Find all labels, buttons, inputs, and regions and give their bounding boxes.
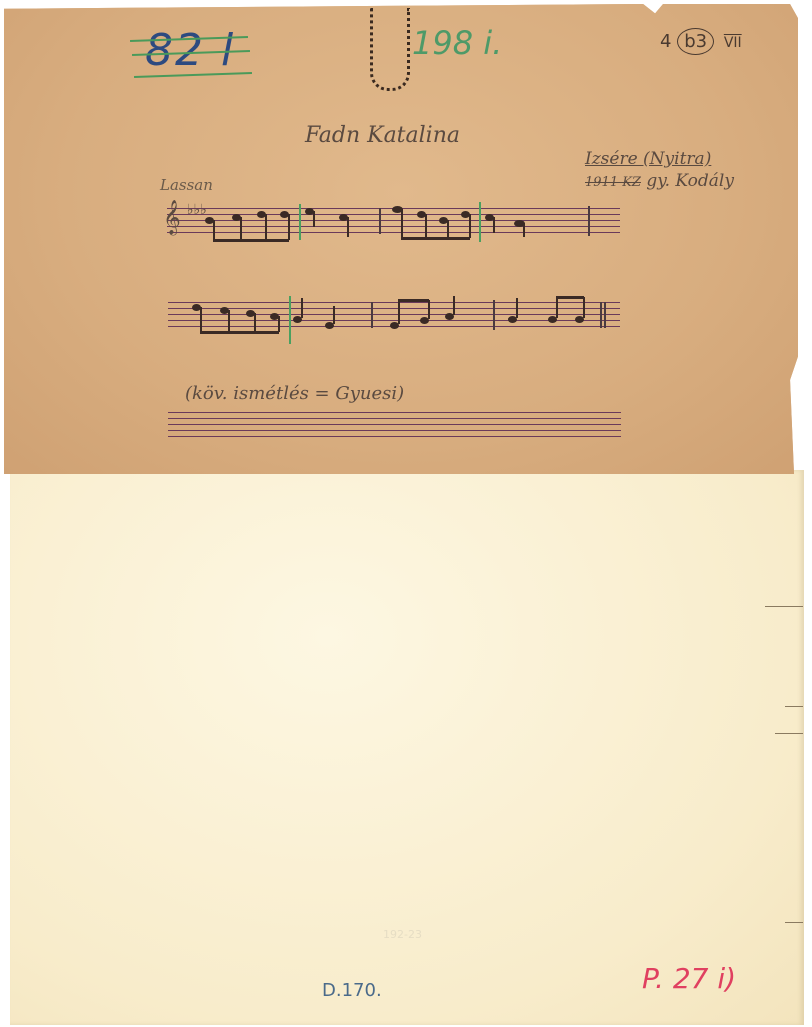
paper-tear [785, 922, 803, 923]
provenance-collector: gy. Kodály [646, 171, 734, 191]
paper-tear [765, 606, 803, 607]
provenance-place: Izsére (Nyitra) [585, 149, 711, 169]
empty-staff [168, 412, 621, 442]
footnote: (köv. ismétlés = Gyuesi) [185, 383, 404, 404]
key-signature-icon: ♭♭♭ [187, 202, 207, 218]
treble-clef-icon: 𝄞 [163, 200, 181, 235]
tempo-marking: Lassan [160, 176, 213, 194]
catalog-circled: b3 [677, 28, 714, 55]
archive-number: 198 i. [412, 24, 502, 62]
paper-tear [775, 733, 803, 734]
provenance: Izsére (Nyitra) 1911 KZ gy. Kodály [585, 148, 734, 194]
provenance-date: 1911 KZ [585, 175, 641, 190]
paper-tear [785, 706, 803, 707]
music-staff-2 [168, 302, 620, 332]
catalog-mark: 4 b3 VII [660, 28, 742, 55]
paper-clip-mark [370, 8, 410, 91]
signature-right: P. 27 i) [642, 962, 736, 995]
catalog-prefix: 4 [660, 31, 671, 52]
faint-pencil-number: 192-23 [383, 928, 422, 941]
bottom-sheet [10, 470, 804, 1025]
catalog-roman: VII [724, 35, 742, 51]
music-staff-1: 𝄞 ♭♭♭ [167, 208, 620, 238]
song-title: Fadn Katalina [305, 123, 460, 148]
signature-left: D.170. [322, 980, 382, 1001]
